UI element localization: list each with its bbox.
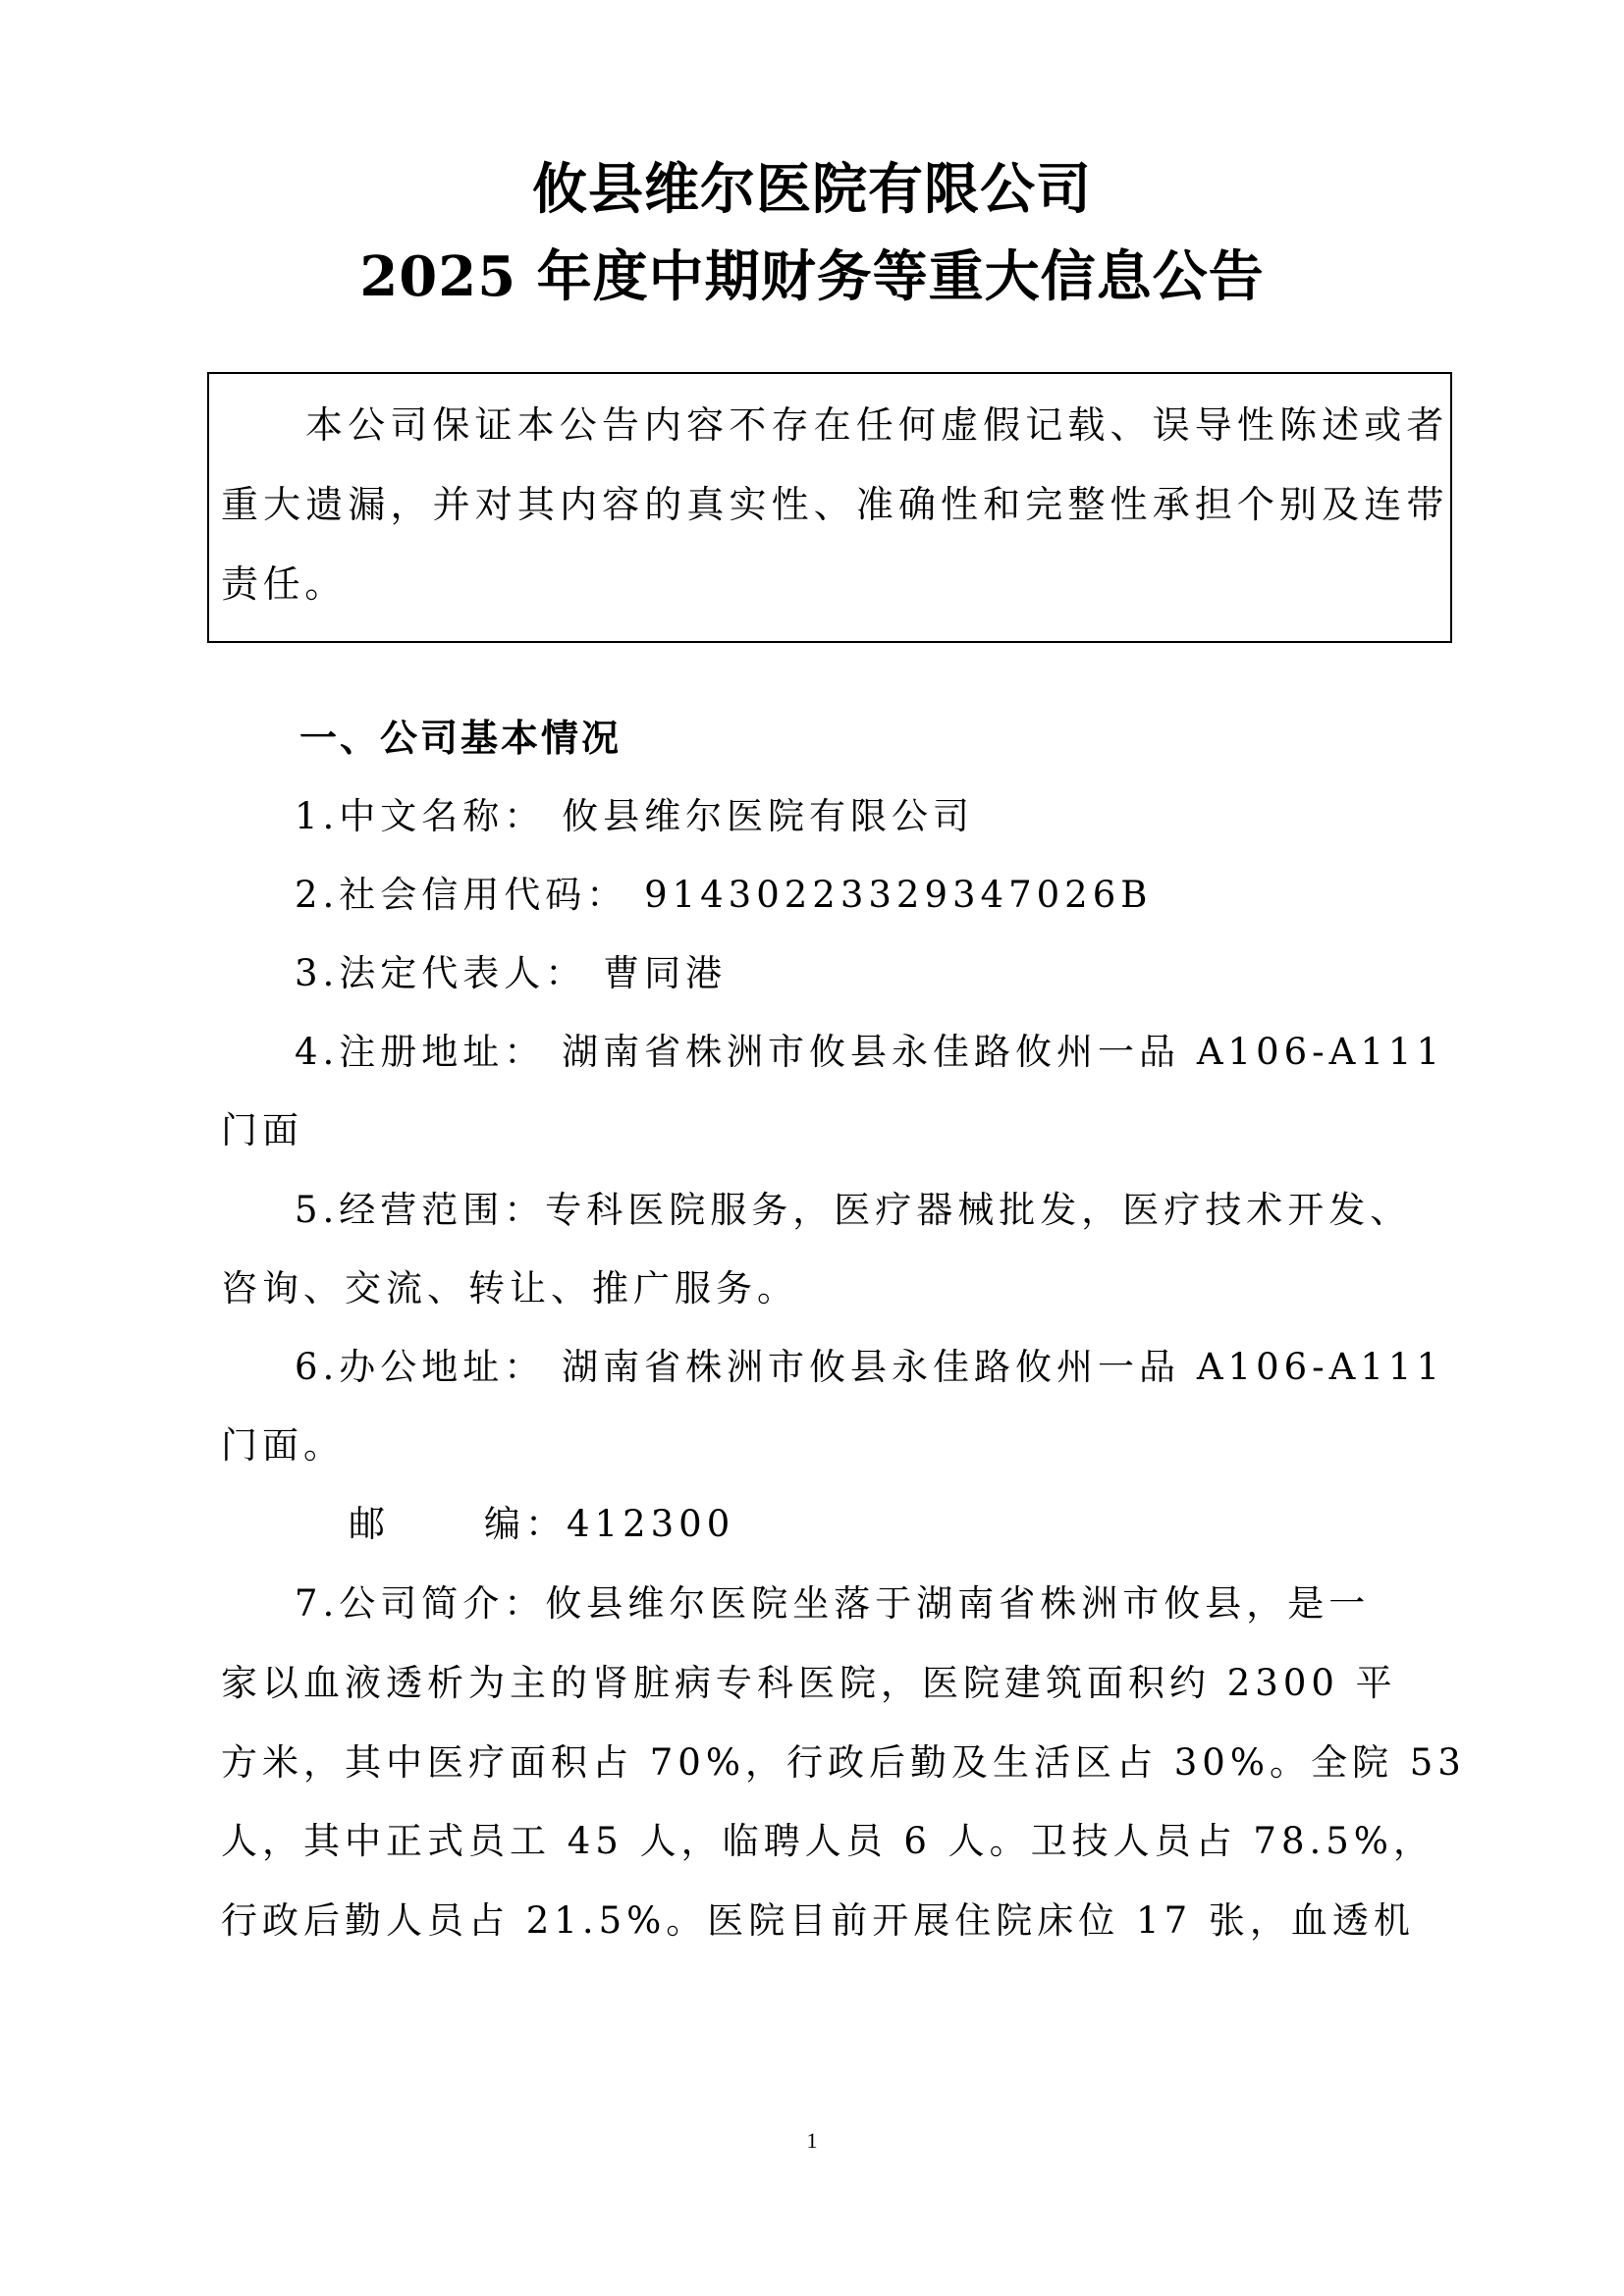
page-number: 1 <box>0 2128 1624 2154</box>
document-title-company: 攸县维尔医院有限公司 <box>0 155 1624 224</box>
item-business-scope: 5.经营范围：专科医院服务，医疗器械批发，医疗技术开发、 <box>295 1171 1522 1250</box>
item-business-scope-cont: 咨询、交流、转让、推广服务。 <box>221 1250 1448 1328</box>
disclaimer-box: 本公司保证本公告内容不存在任何虚假记载、误导性陈述或者重大遗漏，并对其内容的真实… <box>207 372 1452 643</box>
item-chinese-name: 1.中文名称： 攸县维尔医院有限公司 <box>295 777 1522 856</box>
document-title-announcement: 2025 年度中期财务等重大信息公告 <box>0 242 1624 311</box>
item-office-address-cont: 门面。 <box>221 1407 1448 1485</box>
postcode-label-b: 编： <box>484 1503 567 1545</box>
disclaimer-text: 本公司保证本公告内容不存在任何虚假记载、误导性陈述或者重大遗漏，并对其内容的真实… <box>221 386 1448 624</box>
item-credit-code: 2.社会信用代码： 91430223329347026B <box>295 856 1522 934</box>
intro-line-5: 行政后勤人员占 21.5%。医院目前开展住院床位 17 张，血透机 <box>221 1882 1448 1960</box>
intro-line-2: 家以血液透析为主的肾脏病专科医院，医院建筑面积约 2300 平 <box>221 1644 1448 1723</box>
item-office-address: 6.办公地址： 湖南省株洲市攸县永佳路攸州一品 A106-A111 <box>295 1328 1522 1407</box>
document-page: 攸县维尔医院有限公司 2025 年度中期财务等重大信息公告 本公司保证本公告内容… <box>0 0 1624 2296</box>
intro-line-4: 人，其中正式员工 45 人，临聘人员 6 人。卫技人员占 78.5%， <box>221 1802 1448 1881</box>
intro-line-1: 7.公司简介：攸县维尔医院坐落于湖南省株洲市攸县，是一 <box>295 1565 1522 1643</box>
item-registered-address-cont: 门面 <box>221 1092 1448 1170</box>
intro-line-3: 方米，其中医疗面积占 70%，行政后勤及生活区占 30%。全院 53 <box>221 1724 1448 1802</box>
postcode-label-a: 邮 <box>349 1485 390 1564</box>
item-legal-representative: 3.法定代表人： 曹同港 <box>295 934 1522 1013</box>
item-postcode: 邮编：412300 <box>349 1485 1576 1564</box>
postcode-value: 412300 <box>567 1503 734 1545</box>
section-heading-basic-info: 一、公司基本情况 <box>299 699 1527 777</box>
item-registered-address: 4.注册地址： 湖南省株洲市攸县永佳路攸州一品 A106-A111 <box>295 1013 1522 1092</box>
